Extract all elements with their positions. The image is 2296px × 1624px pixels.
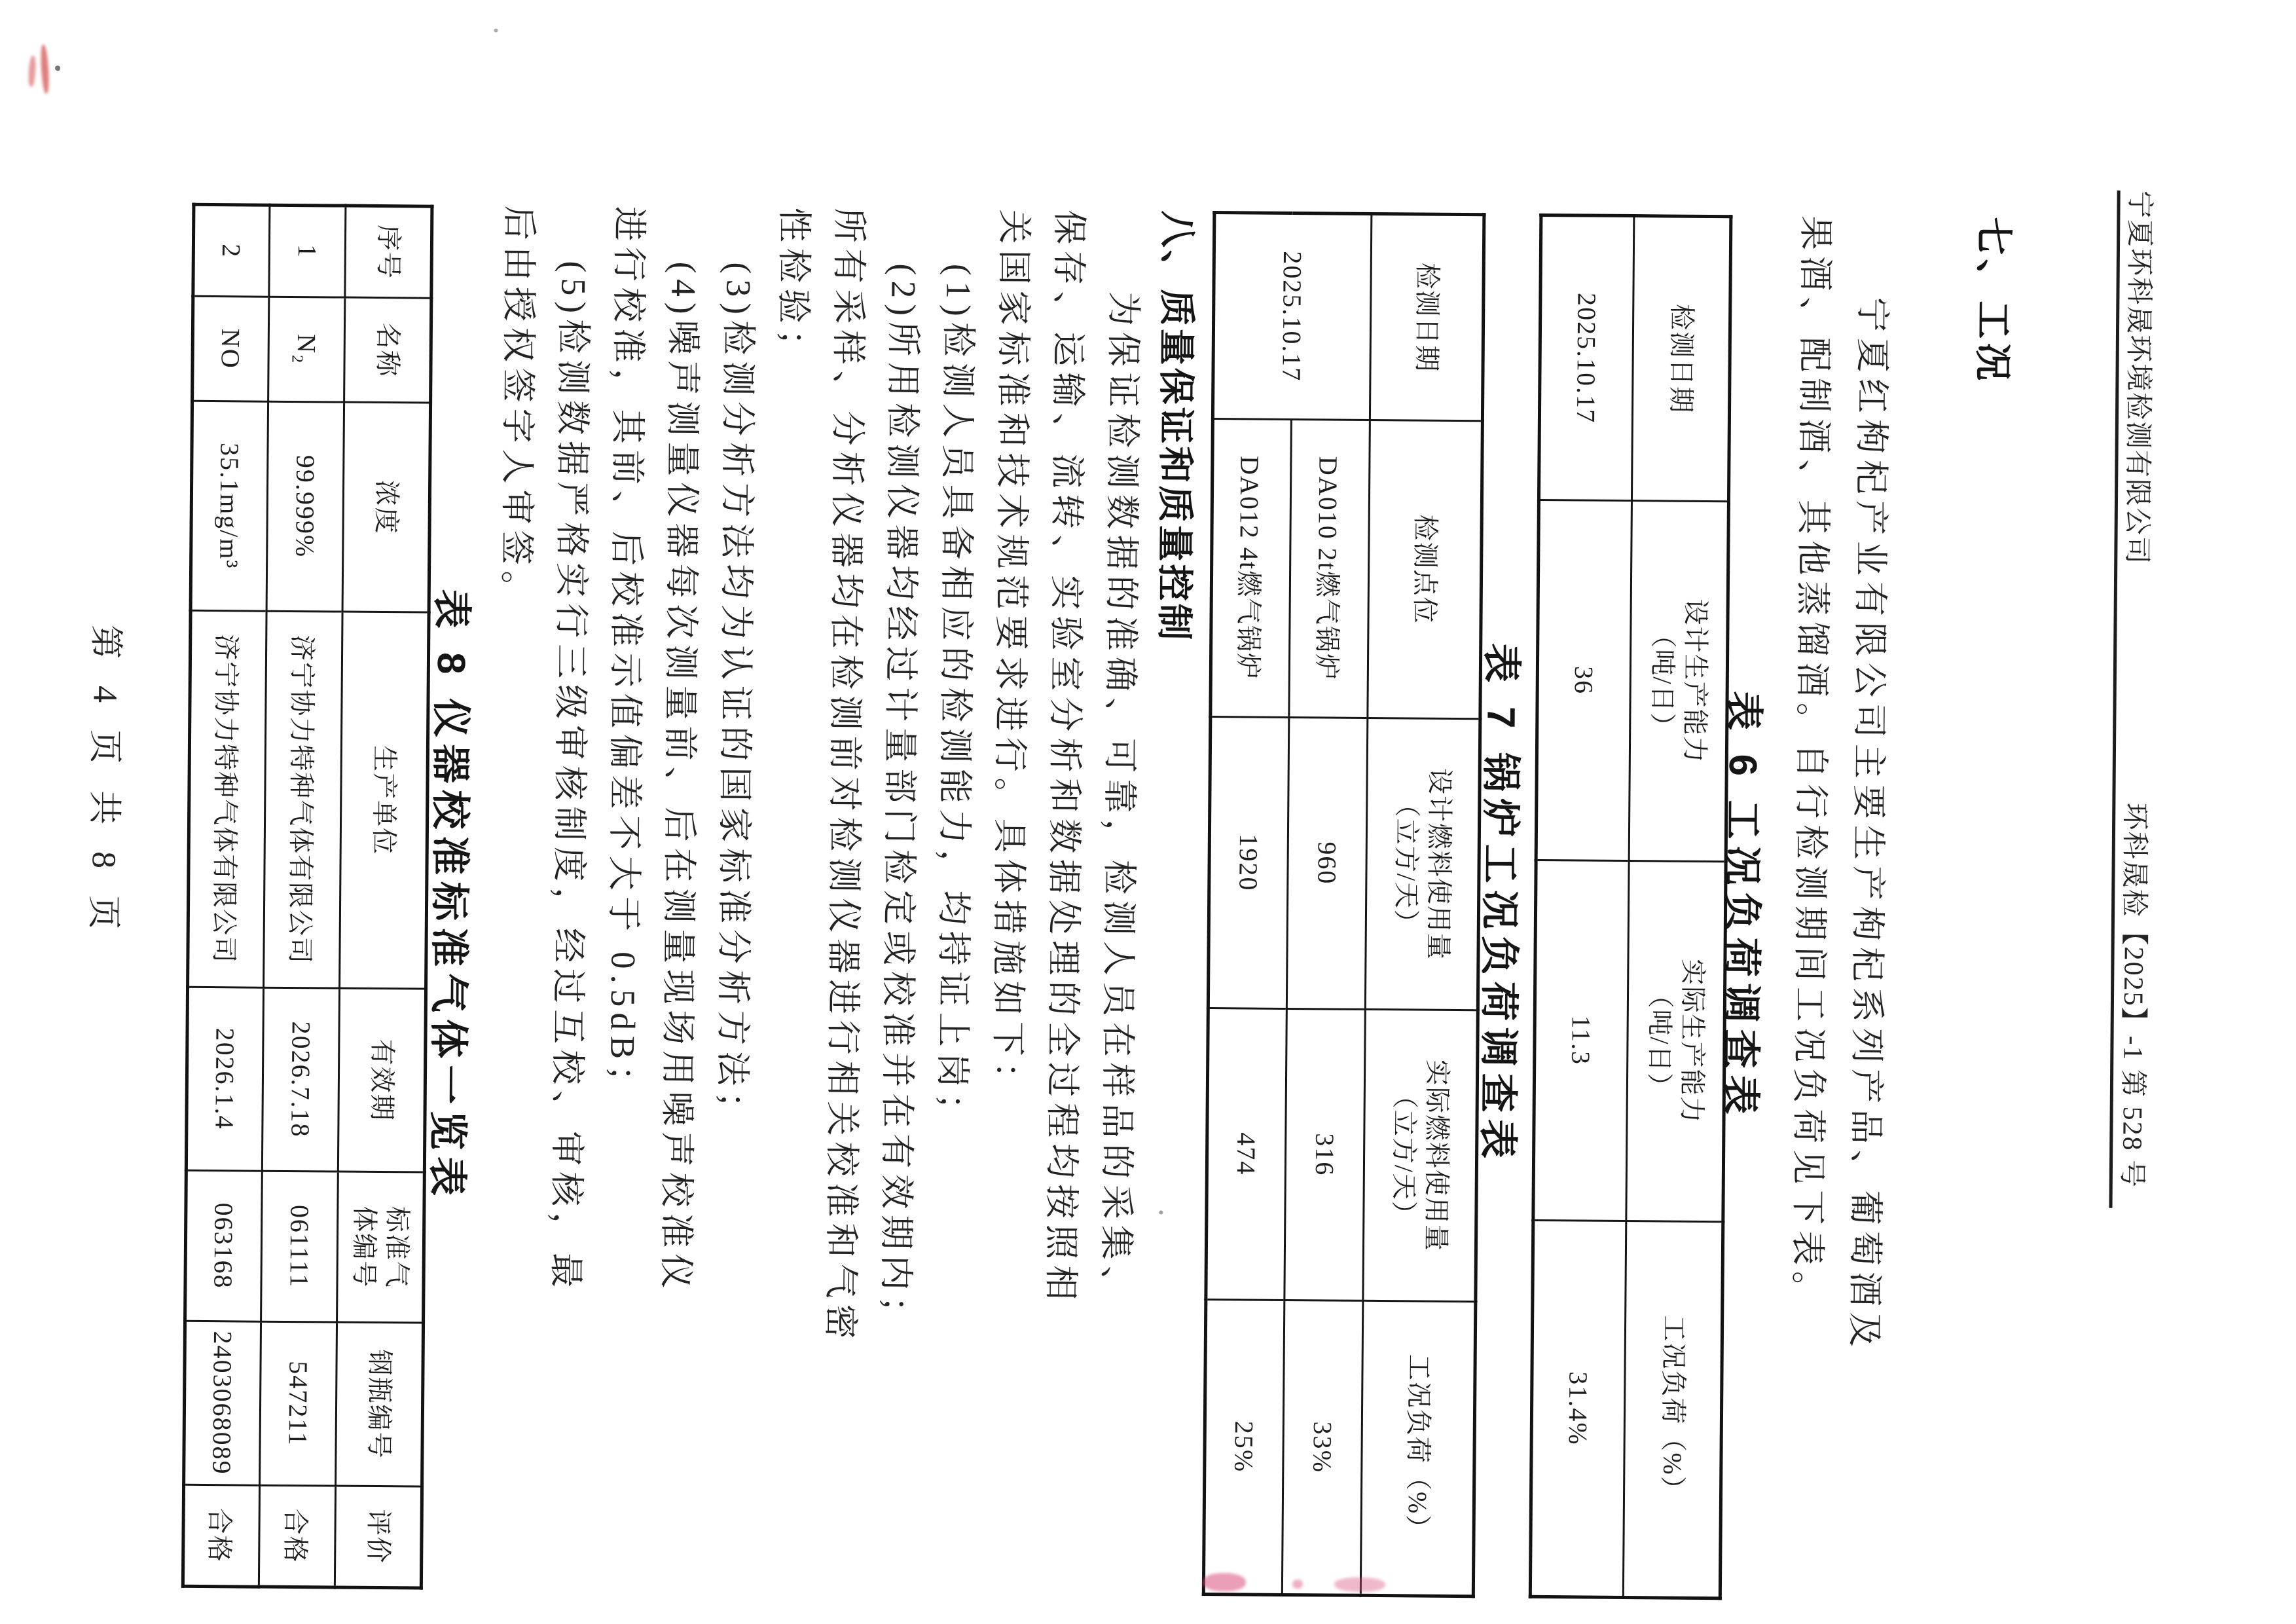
col-header: 标准气 体编号 (337, 1172, 425, 1323)
cell-cylinder-serial: 2403068089 (184, 1321, 261, 1485)
col-header: 设计燃料使用量 （立方/天） (1365, 718, 1480, 1010)
body-line: 果酒、配制酒、其他蒸馏酒。自行检测期间工况负荷见下表。 (1785, 215, 1836, 1394)
cell-actual-fuel: 316 (1285, 1008, 1365, 1301)
table-header-row: 检测日期 设计生产能力 （吨/日） 实际生产能力 （吨/日） 工况负荷（%） (1623, 216, 1731, 1598)
cell-validity: 2026.7.18 (262, 987, 339, 1172)
cell-gas-serial: 063168 (185, 1170, 263, 1321)
cell-actual-capacity: 11.3 (1533, 860, 1629, 1221)
table-header-row: 检测日期 检测点位 设计燃料使用量 （立方/天） 实际燃料使用量 （立方/天） … (1360, 213, 1484, 1596)
scanned-report-canvas: 宁夏环科晟环境检测有限公司 环科晟检【2025】-1 第 528 号 七、工况 … (0, 0, 2296, 1624)
body-line: 保存、运输、流转、实验室分析和数据处理的全过程均按照相 (1038, 210, 1089, 1388)
artifact-red-mark (28, 56, 37, 88)
body-line: (5)检测数据严格实行三级审核制度，经过互校、审核，最 (543, 206, 595, 1439)
table-row: DA012 4t燃气锅炉 1920 474 25% (1203, 213, 1293, 1595)
calibration-gas-table: 序号 名称 浓度 生产单位 有效期 标准气 体编号 钢瓶编号 评价 1 N₂ 9… (181, 203, 434, 1590)
cell-load: 25% (1203, 1299, 1285, 1595)
body-line: (2)所用检测仪器均经过计量部门检定或校准并在有效期内； (873, 208, 925, 1442)
col-header: 检测日期 (1631, 216, 1730, 502)
cell-gas-name: N₂ (268, 297, 345, 402)
artifact-speck (494, 28, 498, 32)
section-7-heading: 七、工况 (1968, 217, 2024, 385)
cell-index: 1 (269, 205, 346, 297)
cell-manufacturer: 济宁协力特种气体有限公司 (264, 611, 343, 988)
artifact-speck (55, 65, 60, 71)
artifact-stamp-smudge (1292, 1579, 1303, 1589)
col-header: 有效期 (338, 988, 426, 1172)
cell-gas-name: NO (192, 296, 269, 401)
cell-manufacturer: 济宁协力特种气体有限公司 (188, 610, 267, 987)
table-header-row: 序号 名称 浓度 生产单位 有效期 标准气 体编号 钢瓶编号 评价 (335, 206, 432, 1588)
col-header: 实际生产能力 （吨/日） (1626, 861, 1726, 1222)
col-header: 评价 (335, 1486, 422, 1588)
col-header: 工况负荷（%） (1623, 1221, 1723, 1598)
footer-page-number: 第 4 页 共 8 页 (77, 22, 138, 1542)
boiler-load-survey-table: 检测日期 检测点位 设计燃料使用量 （立方/天） 实际燃料使用量 （立方/天） … (1202, 211, 1486, 1598)
report-page: 宁夏环科晟环境检测有限公司 环科晟检【2025】-1 第 528 号 七、工况 … (0, 0, 2296, 1624)
cell-evaluation: 合格 (259, 1485, 335, 1587)
body-line: (4)噪声测量仪器每次测量前、后在测量现场用噪声校准仪 (653, 206, 705, 1440)
cell-date: 2025.10.17 (1539, 215, 1633, 500)
body-line: 宁夏红枸杞产业有限公司主要生产枸杞系列产品、葡萄酒及 (1842, 216, 1893, 1476)
body-line: (3)检测分析方法均为认证的国家标准分析方法； (708, 207, 760, 1441)
body-line: 性检验； (763, 208, 814, 1386)
cell-load: 33% (1282, 1300, 1363, 1595)
col-header: 生产单位 (340, 612, 429, 989)
header-doc-number: 环科晟检【2025】-1 第 528 号 (2115, 802, 2157, 1189)
table-row: 2025.10.17 DA010 2t燃气锅炉 960 316 33% (1282, 213, 1372, 1595)
table-7: 检测日期 检测点位 设计燃料使用量 （立方/天） 实际燃料使用量 （立方/天） … (1202, 211, 1486, 1598)
col-header: 浓度 (342, 402, 431, 612)
cell-cylinder-serial: 547211 (260, 1321, 337, 1486)
artifact-stamp-smudge (1334, 1578, 1385, 1593)
col-header: 序号 (345, 206, 432, 298)
cell-gas-serial: 061111 (261, 1171, 338, 1322)
body-line: 为保证检测数据的准确、可靠，检测人员在样品的采集、 (1093, 210, 1144, 1470)
col-header: 检测点位 (1368, 420, 1483, 718)
cell-point: DA012 4t燃气锅炉 (1211, 419, 1292, 718)
cell-design-fuel: 960 (1286, 717, 1367, 1009)
col-header: 工况负荷（%） (1360, 1301, 1476, 1596)
cell-load: 31.4% (1530, 1220, 1626, 1597)
cell-design-capacity: 36 (1536, 500, 1631, 860)
col-header: 实际燃料使用量 （立方/天） (1363, 1009, 1478, 1301)
cell-point: DA010 2t燃气锅炉 (1289, 419, 1370, 718)
table-row: 1 N₂ 99.999% 济宁协力特种气体有限公司 2026.7.18 0611… (259, 205, 346, 1587)
artifact-red-mark (40, 45, 50, 94)
cell-actual-fuel: 474 (1206, 1008, 1286, 1300)
table-8: 序号 名称 浓度 生产单位 有效期 标准气 体编号 钢瓶编号 评价 1 N₂ 9… (181, 203, 434, 1590)
table-row: 2025.10.17 36 11.3 31.4% (1530, 215, 1634, 1597)
table-row: 2 NO 35.1mg/m³ 济宁协力特种气体有限公司 2026.1.4 063… (183, 204, 270, 1587)
table-6: 检测日期 设计生产能力 （吨/日） 实际生产能力 （吨/日） 工况负荷（%） 2… (1529, 213, 1733, 1600)
body-line: 所有采样、分析仪器均在检测前对检测仪器进行相关校准和气密 (818, 208, 869, 1386)
body-line: 关国家标准和技术规范要求进行。具体措施如下： (983, 209, 1034, 1388)
col-header: 名称 (344, 297, 431, 403)
page-header: 宁夏环科晟环境检测有限公司 环科晟检【2025】-1 第 528 号 (2115, 191, 2162, 1189)
col-header: 设计生产能力 （吨/日） (1629, 501, 1728, 862)
artifact-stamp-smudge (1203, 1573, 1246, 1592)
cell-validity: 2026.1.4 (186, 987, 263, 1171)
col-header: 检测日期 (1370, 213, 1484, 420)
artifact-speck (1159, 1210, 1163, 1214)
cell-concentration: 35.1mg/m³ (191, 401, 268, 611)
cell-index: 2 (193, 204, 270, 297)
load-survey-table: 检测日期 设计生产能力 （吨/日） 实际生产能力 （吨/日） 工况负荷（%） 2… (1529, 213, 1733, 1600)
header-company: 宁夏环科晟环境检测有限公司 (2119, 191, 2161, 565)
cell-evaluation: 合格 (183, 1485, 259, 1587)
cell-design-fuel: 1920 (1208, 717, 1288, 1009)
cell-concentration: 99.999% (266, 401, 344, 612)
body-line: 后由授权签字人审签。 (488, 205, 539, 1384)
body-line: (1)检测人员具备相应的检测能力，均持证上岗； (928, 209, 980, 1443)
section-8-heading: 八、质量保证和质量控制 (1150, 210, 1206, 643)
col-header: 钢瓶编号 (336, 1322, 424, 1486)
cell-date: 2025.10.17 (1212, 213, 1371, 420)
body-line: 进行校准，其前、后校准示值偏差不大于 0.5dB； (598, 206, 649, 1385)
